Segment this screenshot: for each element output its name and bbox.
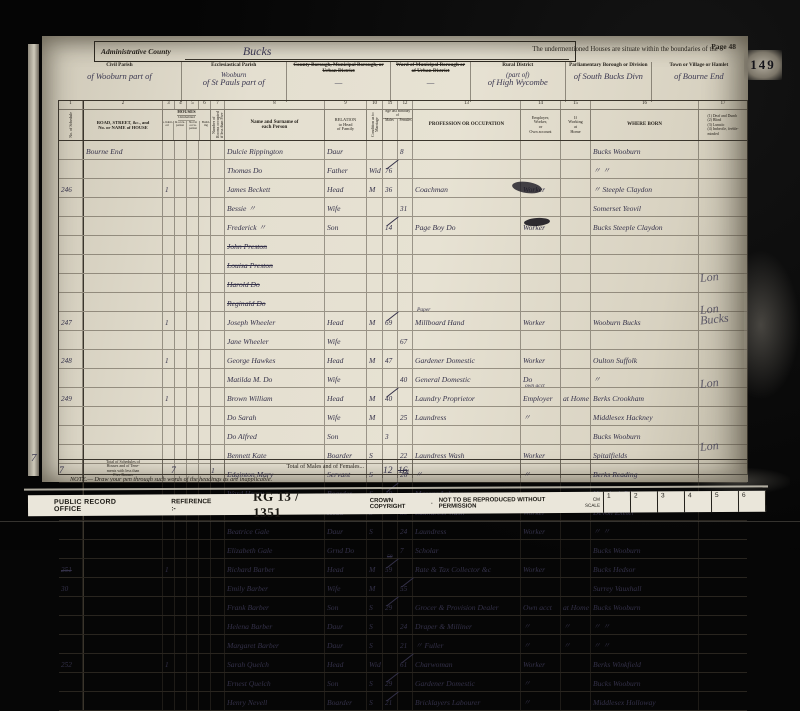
totals-females-value: 1614 xyxy=(398,460,413,478)
cell-h1 xyxy=(163,331,175,349)
cm-scale-label: CM SCALE xyxy=(585,497,600,507)
cell-inf xyxy=(699,217,747,235)
cell-cond xyxy=(367,274,383,292)
census-row: Matilda M. DoWife40General DomesticDo〃 xyxy=(59,369,747,388)
cell-ageM: 69 xyxy=(383,312,398,330)
cm-scale-mark: 6 xyxy=(738,491,766,512)
cell-h4 xyxy=(199,198,211,216)
administrative-county-label: Administrative County xyxy=(101,47,171,56)
cell-h3 xyxy=(187,369,199,387)
parliamentary-borough-value: of South Bucks Divn xyxy=(568,71,649,81)
cell-h1 xyxy=(163,198,175,216)
cell-born: 〃 〃 xyxy=(591,521,699,539)
cell-inf xyxy=(699,141,747,159)
col-number: 9 xyxy=(325,101,367,109)
ecclesiastical-parish-cell: Ecclesiastical Parish Wooburn of St Paul… xyxy=(182,62,287,102)
cell-rooms xyxy=(211,426,225,444)
cell-h2 xyxy=(175,369,187,387)
col-number: 5 xyxy=(187,101,199,109)
col-number: 1 xyxy=(59,101,83,109)
cell-occ: Page Boy Do xyxy=(413,217,521,235)
cell-h2 xyxy=(175,293,187,311)
cell-rel: Son xyxy=(325,426,367,444)
totals-empty-2 xyxy=(521,460,561,478)
cell-home xyxy=(561,407,591,425)
cell-home xyxy=(561,312,591,330)
cell-occ: Laundress xyxy=(413,407,521,425)
cell-h3 xyxy=(187,312,199,330)
cell-sched xyxy=(59,141,83,159)
col-header-infirmity: (1) Deaf and Dumb (2) Blind (3) Lunatic … xyxy=(699,110,747,140)
cell-name: Joseph Wheeler xyxy=(225,312,325,330)
cell-h3 xyxy=(187,255,199,273)
cell-cond xyxy=(367,293,383,311)
ecclesiastical-parish-extra: Wooburn xyxy=(182,71,286,79)
cell-ageM: 36 xyxy=(383,179,398,197)
cell-rel: Head xyxy=(325,388,367,406)
cell-ageF xyxy=(398,236,413,254)
cell-rel: Head xyxy=(325,179,367,197)
census-row: Elizabeth GaleGrnd Do7ScholarBucks Woobu… xyxy=(59,540,747,550)
cell-road xyxy=(83,426,163,444)
cell-road xyxy=(83,236,163,254)
cell-h2 xyxy=(175,236,187,254)
reference-number: RG 13 / 1351 xyxy=(253,488,324,520)
col-header-profession: PROFESSION OR OCCUPATION xyxy=(413,110,521,140)
census-row: John Preston xyxy=(59,236,747,255)
cell-ageF: 67 xyxy=(398,331,413,349)
footer-dash: - xyxy=(431,500,433,506)
cell-rooms xyxy=(211,407,225,425)
cell-home xyxy=(561,160,591,178)
cell-home xyxy=(561,217,591,235)
cell-name: Harold Do xyxy=(225,274,325,292)
undermentioned-text: The undermentioned Houses are situate wi… xyxy=(510,46,740,53)
cell-ageF xyxy=(398,426,413,444)
cell-cond xyxy=(367,217,383,235)
cell-ageF: 24 xyxy=(398,521,413,539)
cell-h4 xyxy=(199,160,211,178)
ward-value: — xyxy=(393,77,467,87)
census-table: 1234567891011121314151617 No. of Schedul… xyxy=(58,100,748,475)
cell-home xyxy=(561,274,591,292)
cell-ageM xyxy=(383,293,398,311)
totals-empty-4 xyxy=(591,460,699,478)
ecclesiastical-parish-label: Ecclesiastical Parish xyxy=(184,63,284,69)
cell-h1 xyxy=(163,236,175,254)
cell-rel: Head xyxy=(325,350,367,368)
cell-h2 xyxy=(175,331,187,349)
cell-occ xyxy=(413,236,521,254)
cell-occ: Scholar xyxy=(413,540,521,550)
cell-ageM: 14 xyxy=(383,217,398,235)
cell-sched: 247 xyxy=(59,312,83,330)
cell-inf xyxy=(699,236,747,254)
cell-emp xyxy=(521,274,561,292)
cell-home xyxy=(561,426,591,444)
rural-district-label: Rural District xyxy=(473,63,563,69)
cell-inf xyxy=(699,350,747,368)
cell-h4 xyxy=(199,350,211,368)
cell-ageM xyxy=(383,540,398,550)
cell-h2 xyxy=(175,426,187,444)
cell-road xyxy=(83,160,163,178)
cell-name: Louisa Preston xyxy=(225,255,325,273)
cell-rooms xyxy=(211,179,225,197)
cell-road xyxy=(83,540,163,550)
cell-h4 xyxy=(199,217,211,235)
scan-smudge xyxy=(744,250,800,400)
totals-spacer xyxy=(367,460,383,478)
census-row: 2461James BeckettHeadM36CoachmanWorker〃 … xyxy=(59,179,747,198)
cm-scale-mark: 1 xyxy=(603,492,630,513)
cell-rel: Daur xyxy=(325,521,367,539)
cell-name: Matilda M. Do xyxy=(225,369,325,387)
cell-rel: Wife xyxy=(325,331,367,349)
cell-ageM xyxy=(383,255,398,273)
cell-h2 xyxy=(175,274,187,292)
cell-born: Bucks Wooburn xyxy=(591,141,699,159)
crown-copyright-label: CROWN COPYRIGHT xyxy=(370,497,425,509)
census-form: Administrative County Bucks The undermen… xyxy=(42,36,748,482)
cell-sched xyxy=(59,217,83,235)
cell-h2 xyxy=(175,350,187,368)
cell-born: Oulton Suffolk xyxy=(591,350,699,368)
cell-emp xyxy=(521,331,561,349)
cell-rel xyxy=(325,236,367,254)
cell-sched xyxy=(59,540,83,550)
cell-h1 xyxy=(163,369,175,387)
cell-cond: M xyxy=(367,179,383,197)
cell-h2 xyxy=(175,521,187,539)
cell-sched xyxy=(59,255,83,273)
cell-emp: Worker xyxy=(521,217,561,235)
cm-scale-mark: 4 xyxy=(684,491,711,512)
cell-road xyxy=(83,369,163,387)
cell-h2 xyxy=(175,312,187,330)
cell-road xyxy=(83,350,163,368)
cell-sched xyxy=(59,426,83,444)
cell-rel: Grnd Do xyxy=(325,540,367,550)
cell-ageM: 3 xyxy=(383,426,398,444)
cm-scale-mark: 3 xyxy=(657,491,684,512)
cell-name: James Beckett xyxy=(225,179,325,197)
cell-cond xyxy=(367,426,383,444)
cell-h3 xyxy=(187,141,199,159)
cell-rooms xyxy=(211,521,225,539)
census-row: 2491Brown WilliamHeadM40Laundry Propriet… xyxy=(59,388,747,407)
cell-ageM: 40 xyxy=(383,388,398,406)
cell-h4 xyxy=(199,521,211,539)
page-number: Page 48 xyxy=(711,42,736,51)
census-row: Louisa Preston xyxy=(59,255,747,274)
cell-inf xyxy=(699,540,747,550)
cell-home xyxy=(561,198,591,216)
ink-blot xyxy=(524,217,550,227)
cell-cond: M xyxy=(367,388,383,406)
cell-sched xyxy=(59,160,83,178)
cell-born: 〃 Steeple Claydon xyxy=(591,179,699,197)
census-row: 2481George HawkesHeadM47Gardener Domesti… xyxy=(59,350,747,369)
cell-h3 xyxy=(187,217,199,235)
cell-emp xyxy=(521,236,561,254)
cell-road xyxy=(83,293,163,311)
margin-annotation: Lon xyxy=(699,269,719,286)
col-number: 6 xyxy=(199,101,211,109)
cell-rel xyxy=(325,293,367,311)
census-row: Beatrice GaleDaurS24LaundressWorker〃 〃 xyxy=(59,521,747,540)
cell-ageM xyxy=(383,407,398,425)
cell-cond xyxy=(367,540,383,550)
cell-sched xyxy=(59,369,83,387)
cell-occ: Laundry Proprietor xyxy=(413,388,521,406)
cell-home xyxy=(561,540,591,550)
cell-born xyxy=(591,236,699,254)
civil-parish-label: Civil Parish xyxy=(60,63,179,69)
cell-occ xyxy=(413,198,521,216)
cell-sched xyxy=(59,236,83,254)
cell-emp xyxy=(521,540,561,550)
cell-cond: M xyxy=(367,407,383,425)
cell-h1 xyxy=(163,255,175,273)
cell-rel: Wife xyxy=(325,369,367,387)
cell-h4 xyxy=(199,388,211,406)
cell-h2 xyxy=(175,198,187,216)
cell-h1 xyxy=(163,293,175,311)
census-row: Thomas DoFatherWid76〃 〃 xyxy=(59,160,747,179)
cell-rooms xyxy=(211,141,225,159)
col-number: 13 xyxy=(413,101,521,109)
cell-rooms xyxy=(211,388,225,406)
cell-emp xyxy=(521,293,561,311)
cell-rel xyxy=(325,255,367,273)
cell-name: Jane Wheeler xyxy=(225,331,325,349)
cell-rooms xyxy=(211,160,225,178)
census-row: Frederick 〃Son14Page Boy DoWorkerBucks S… xyxy=(59,217,747,236)
cell-emp xyxy=(521,198,561,216)
cell-inf xyxy=(699,198,747,216)
reference-label: REFERENCE :- xyxy=(171,498,213,512)
cell-h1 xyxy=(163,426,175,444)
col-header-employer: Employer, Worker, or Own account xyxy=(521,110,561,140)
cell-occ xyxy=(413,426,521,444)
cell-road xyxy=(83,255,163,273)
cell-cond: Wid xyxy=(367,160,383,178)
cell-road xyxy=(83,312,163,330)
cell-rel: Daur xyxy=(325,141,367,159)
cell-rooms xyxy=(211,236,225,254)
col-number: 8 xyxy=(225,101,325,109)
cell-home xyxy=(561,331,591,349)
cell-road xyxy=(83,217,163,235)
cell-emp: 〃 xyxy=(521,407,561,425)
col-number: 16 xyxy=(591,101,699,109)
civil-parish-cell: Civil Parish of Wooburn part of xyxy=(58,62,182,102)
cell-h2 xyxy=(175,255,187,273)
cell-emp xyxy=(521,255,561,273)
town-village-value: of Bourne End xyxy=(654,71,744,81)
cell-sched xyxy=(59,293,83,311)
cell-rooms xyxy=(211,350,225,368)
cell-sched xyxy=(59,521,83,539)
cell-rel: Son xyxy=(325,217,367,235)
cm-scale: CM SCALE 123456 xyxy=(585,491,766,513)
cell-occ: Coachman xyxy=(413,179,521,197)
cell-occ xyxy=(413,141,521,159)
cell-name: Frederick 〃 xyxy=(225,217,325,235)
cell-h4 xyxy=(199,407,211,425)
cell-h2 xyxy=(175,388,187,406)
col-number: 11 xyxy=(383,101,398,109)
cell-h4 xyxy=(199,179,211,197)
cell-name: George Hawkes xyxy=(225,350,325,368)
cell-ageF: 40 xyxy=(398,369,413,387)
cell-ageF: 31 xyxy=(398,198,413,216)
cell-h3 xyxy=(187,407,199,425)
cell-born: Berks Crookham xyxy=(591,388,699,406)
cell-road xyxy=(83,179,163,197)
cell-name: Elizabeth Gale xyxy=(225,540,325,550)
cell-emp: Worker xyxy=(521,350,561,368)
cell-h1 xyxy=(163,274,175,292)
census-row: Harold Do xyxy=(59,274,747,293)
cell-h3 xyxy=(187,388,199,406)
margin-annotation: Lon xyxy=(699,375,719,392)
cell-name: Beatrice Gale xyxy=(225,521,325,539)
cell-h4 xyxy=(199,312,211,330)
cell-occ xyxy=(413,255,521,273)
cell-born xyxy=(591,255,699,273)
cell-h1: 1 xyxy=(163,179,175,197)
houses-not-in-occupation-label: Not in occu- pation xyxy=(187,121,200,140)
cell-h3 xyxy=(187,160,199,178)
cell-h1 xyxy=(163,160,175,178)
cell-rooms xyxy=(211,312,225,330)
cell-cond xyxy=(367,331,383,349)
parliamentary-borough-label: Parliamentary Borough or Division xyxy=(568,63,649,69)
cell-inf xyxy=(699,521,747,539)
cell-home xyxy=(561,293,591,311)
cell-ageM: 76 xyxy=(383,160,398,178)
microfilm-footer-bar: PUBLIC RECORD OFFICE REFERENCE :- RG 13 … xyxy=(28,491,766,517)
reproduction-notice: NOT TO BE REPRODUCED WITHOUT PERMISSION xyxy=(439,496,571,509)
col-number: 15 xyxy=(561,101,591,109)
cell-born: Bucks Wooburn xyxy=(591,540,699,550)
houses-inhabited-label: In- habit- ed xyxy=(163,121,174,140)
cell-born: Bucks Wooburn xyxy=(591,426,699,444)
cell-h3 xyxy=(187,198,199,216)
cell-rooms xyxy=(211,255,225,273)
county-borough-cell: County Borough, Municipal Borough, or Ur… xyxy=(287,62,392,102)
cell-ageF: 25 xyxy=(398,407,413,425)
rural-district-cell: Rural District (part of) of High Wycombe xyxy=(471,62,566,102)
cell-h2 xyxy=(175,141,187,159)
cell-h4 xyxy=(199,236,211,254)
cell-h2 xyxy=(175,407,187,425)
cell-cond xyxy=(367,198,383,216)
footnote: NOTE.— Draw your pen through such words … xyxy=(70,476,272,483)
cell-ageF xyxy=(398,293,413,311)
totals-males-value: 12 xyxy=(383,460,398,478)
col-header-where-born: WHERE BORN xyxy=(591,110,699,140)
cell-sched: 246 xyxy=(59,179,83,197)
cell-name: Bessie 〃 xyxy=(225,198,325,216)
cell-ageM xyxy=(383,369,398,387)
cell-road xyxy=(83,388,163,406)
form-title-band: Administrative County Bucks The undermen… xyxy=(42,36,748,62)
cell-home xyxy=(561,141,591,159)
cell-h2 xyxy=(175,540,187,550)
cell-ageM: 47 xyxy=(383,350,398,368)
census-row: Reginald Do xyxy=(59,293,747,312)
cell-emp xyxy=(521,426,561,444)
cm-scale-mark: 2 xyxy=(630,491,657,512)
col-number: 12 xyxy=(398,101,413,109)
cell-name: Reginald Do xyxy=(225,293,325,311)
cell-road xyxy=(83,198,163,216)
ward-label: Ward of Municipal Borough or of Urban Di… xyxy=(393,63,467,75)
cell-rel: Head xyxy=(325,312,367,330)
cell-road xyxy=(83,407,163,425)
cell-name: Do Sarah xyxy=(225,407,325,425)
cell-home xyxy=(561,179,591,197)
cell-emp xyxy=(521,141,561,159)
cell-inf xyxy=(699,160,747,178)
column-headers-row: No. of Schedule ROAD, STREET, &c., and N… xyxy=(59,110,747,141)
cell-name: Thomas Do xyxy=(225,160,325,178)
cell-h4 xyxy=(199,293,211,311)
cell-rel: Wife xyxy=(325,198,367,216)
cell-emp: Employerown acct xyxy=(521,388,561,406)
cell-rel: Father xyxy=(325,160,367,178)
cell-ageF xyxy=(398,217,413,235)
cell-h3 xyxy=(187,426,199,444)
totals-empty-3 xyxy=(561,460,591,478)
col-header-at-home: If Working at Home xyxy=(561,110,591,140)
cell-cond: M xyxy=(367,312,383,330)
cell-born: Bucks Steeple Claydon xyxy=(591,217,699,235)
cell-ageM xyxy=(383,141,398,159)
cell-occ xyxy=(413,274,521,292)
cell-cond xyxy=(367,255,383,273)
cell-emp xyxy=(521,160,561,178)
houses-in-occupation-label: In occu- pation xyxy=(174,121,187,140)
scanned-census-page: 7 Administrative County Bucks The underm… xyxy=(0,0,800,550)
cell-h4 xyxy=(199,274,211,292)
cell-h2 xyxy=(175,160,187,178)
col-number: 14 xyxy=(521,101,561,109)
cell-ageF xyxy=(398,255,413,273)
census-row: 2471Joseph WheelerHeadM69Millboard HandP… xyxy=(59,312,747,331)
cell-h1 xyxy=(163,540,175,550)
cell-ageF xyxy=(398,179,413,197)
cell-h1 xyxy=(163,141,175,159)
cell-name: Dulcie Rippington xyxy=(225,141,325,159)
cell-h1: 1 xyxy=(163,350,175,368)
cell-ageF xyxy=(398,350,413,368)
cell-ageM xyxy=(383,274,398,292)
cell-ageF: 8 xyxy=(398,141,413,159)
cell-sched xyxy=(59,407,83,425)
cell-h3 xyxy=(187,521,199,539)
cell-inf xyxy=(699,331,747,349)
adjacent-page-edge xyxy=(28,44,39,476)
cell-sched xyxy=(59,274,83,292)
houses-building-label: Build- ing xyxy=(200,121,211,140)
folio-stamp: 149 xyxy=(744,50,782,80)
cell-h1: 1 xyxy=(163,312,175,330)
col-number: 4 xyxy=(175,101,187,109)
